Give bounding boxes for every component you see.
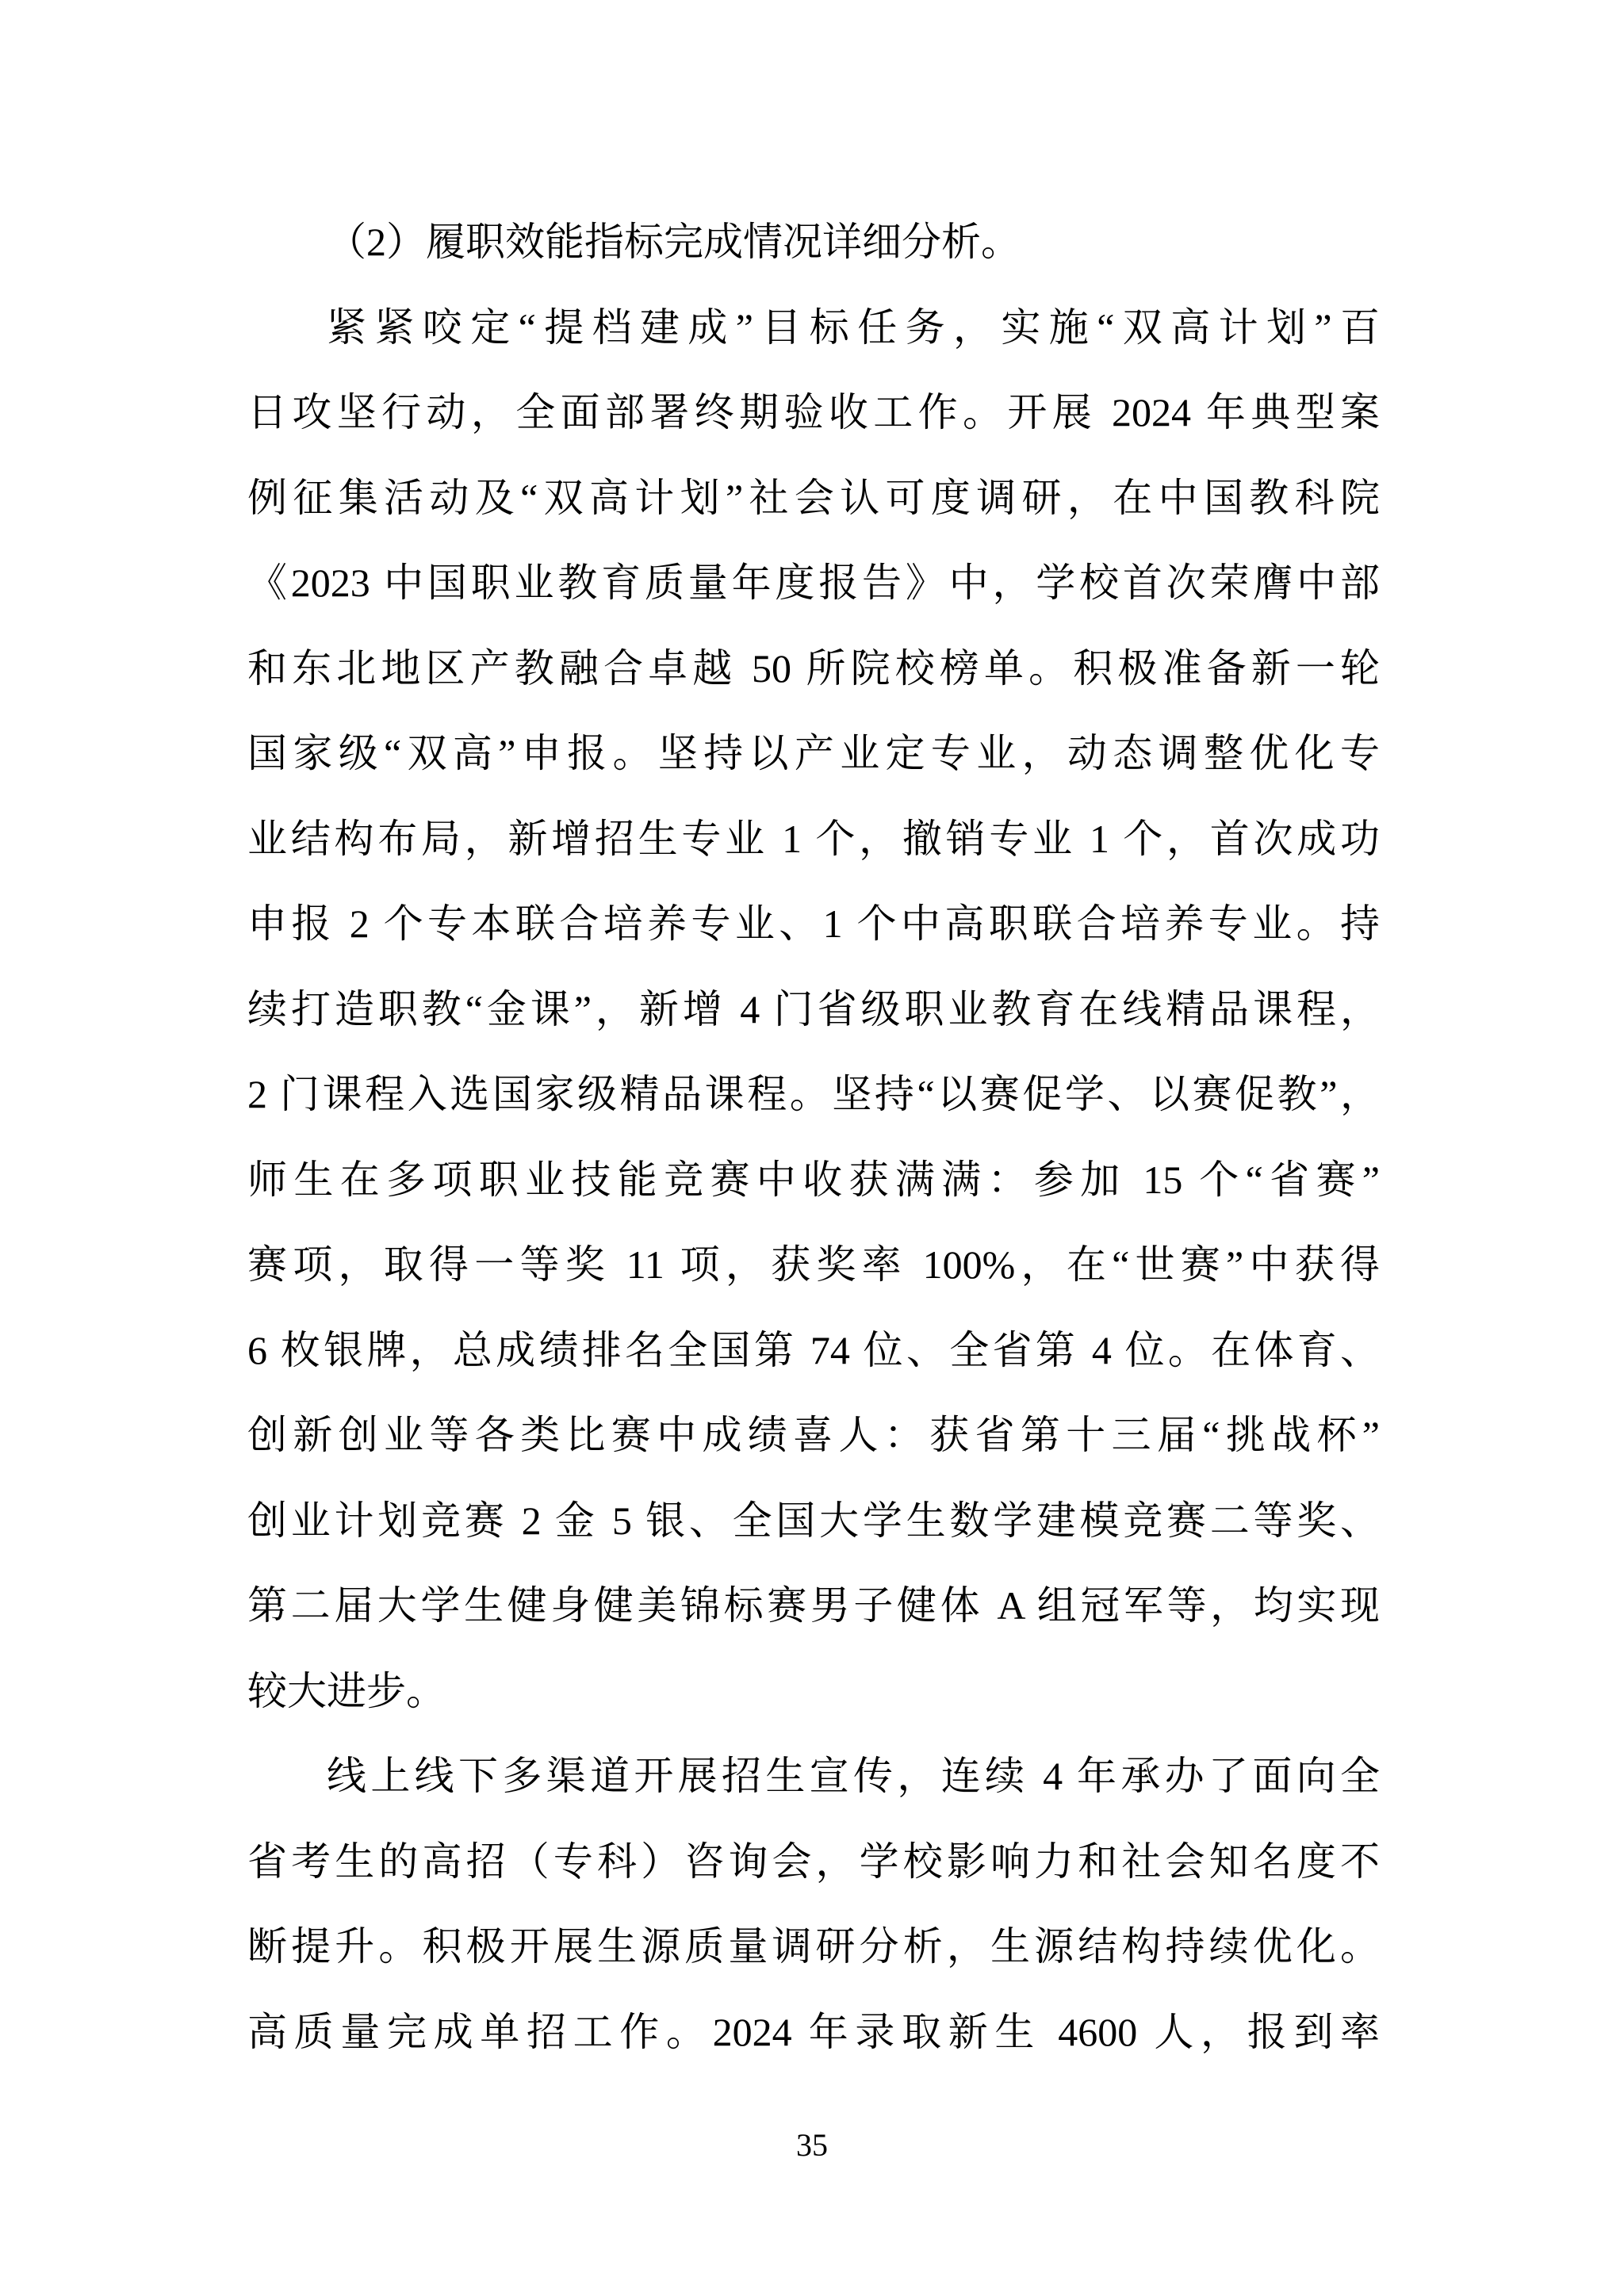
page-number: 35: [0, 2126, 1624, 2164]
text-line: 和东北地区产教融合卓越 50 所院校榜单。积极准备新一轮: [247, 626, 1380, 712]
text-line: 创业计划竞赛 2 金 5 银、全国大学生数学建模竞赛二等奖、: [247, 1479, 1380, 1564]
document-page: （2）履职效能指标完成情况详细分析。 紧紧咬定“提档建成”目标任务，实施“双高计…: [0, 0, 1624, 2296]
section-heading: （2）履职效能指标完成情况详细分析。: [247, 200, 1380, 285]
text-line: 线上线下多渠道开展招生宣传，连续 4 年承办了面向全: [247, 1734, 1380, 1820]
text-line: 创新创业等各类比赛中成绩喜人：获省第十三届“挑战杯”: [247, 1393, 1380, 1479]
text-line: 国家级“双高”申报。坚持以产业定专业，动态调整优化专: [247, 711, 1380, 797]
page-text-block: （2）履职效能指标完成情况详细分析。 紧紧咬定“提档建成”目标任务，实施“双高计…: [247, 200, 1380, 2075]
text-line: 业结构布局，新增招生专业 1 个，撤销专业 1 个，首次成功: [247, 797, 1380, 882]
text-line: 《2023 中国职业教育质量年度报告》中，学校首次荣膺中部: [247, 541, 1380, 626]
text-line: 日攻坚行动，全面部署终期验收工作。开展 2024 年典型案: [247, 370, 1380, 456]
text-line: 省考生的高招（专科）咨询会，学校影响力和社会知名度不: [247, 1820, 1380, 1905]
text-line: 师生在多项职业技能竞赛中收获满满：参加 15 个“省赛”: [247, 1138, 1380, 1223]
text-line: 断提升。积极开展生源质量调研分析，生源结构持续优化。: [247, 1904, 1380, 1990]
text-line: 2 门课程入选国家级精品课程。坚持“以赛促学、以赛促教”，: [247, 1052, 1380, 1138]
text-line: 例征集活动及“双高计划”社会认可度调研，在中国教科院: [247, 456, 1380, 541]
text-line: 续打造职教“金课”，新增 4 门省级职业教育在线精品课程，: [247, 967, 1380, 1053]
text-line: 高质量完成单招工作。2024 年录取新生 4600 人，报到率: [247, 1990, 1380, 2076]
text-line: 紧紧咬定“提档建成”目标任务，实施“双高计划”百: [247, 285, 1380, 371]
text-line: 赛项，取得一等奖 11 项，获奖率 100%，在“世赛”中获得: [247, 1223, 1380, 1308]
text-line: 第二届大学生健身健美锦标赛男子健体 A 组冠军等，均实现: [247, 1563, 1380, 1649]
text-line: 申报 2 个专本联合培养专业、1 个中高职联合培养专业。持: [247, 882, 1380, 967]
text-line: 6 枚银牌，总成绩排名全国第 74 位、全省第 4 位。在体育、: [247, 1308, 1380, 1394]
text-line: 较大进步。: [247, 1649, 1380, 1735]
